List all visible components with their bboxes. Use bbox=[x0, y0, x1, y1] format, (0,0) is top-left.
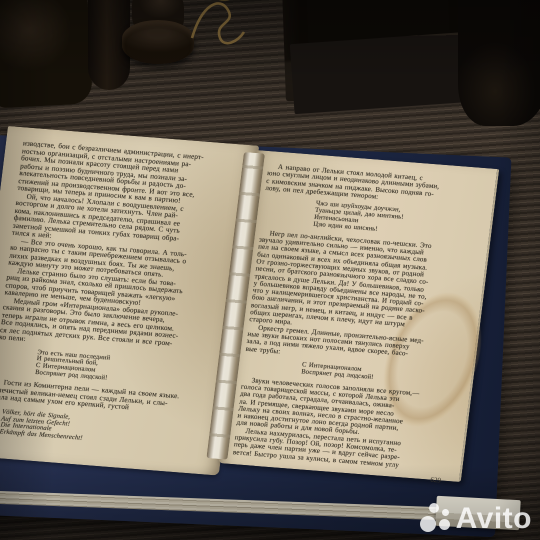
avito-watermark: Avito bbox=[420, 503, 532, 534]
statuette bbox=[122, 0, 194, 78]
dark-object-right bbox=[458, 0, 540, 126]
photo: изводстве, бои с безразличием администра… bbox=[0, 0, 540, 540]
dark-object-left bbox=[0, 0, 93, 109]
right-page-para1: А направо от Лельки стоял молодой китаец… bbox=[265, 163, 486, 209]
avito-logo-icon bbox=[420, 503, 451, 534]
right-page-para2: Негр пел по-английски, чехословак по-чеш… bbox=[249, 229, 478, 340]
right-page: А направо от Лельки стоял молодой китаец… bbox=[218, 150, 500, 482]
left-page-body: изводстве, бои с безразличием администра… bbox=[0, 140, 250, 359]
avito-watermark-text: Avito bbox=[456, 504, 532, 534]
page-edges bbox=[0, 490, 461, 521]
statuette-base bbox=[122, 20, 194, 64]
leaning-slab bbox=[290, 32, 472, 114]
brass-wire-icon bbox=[186, 0, 252, 52]
